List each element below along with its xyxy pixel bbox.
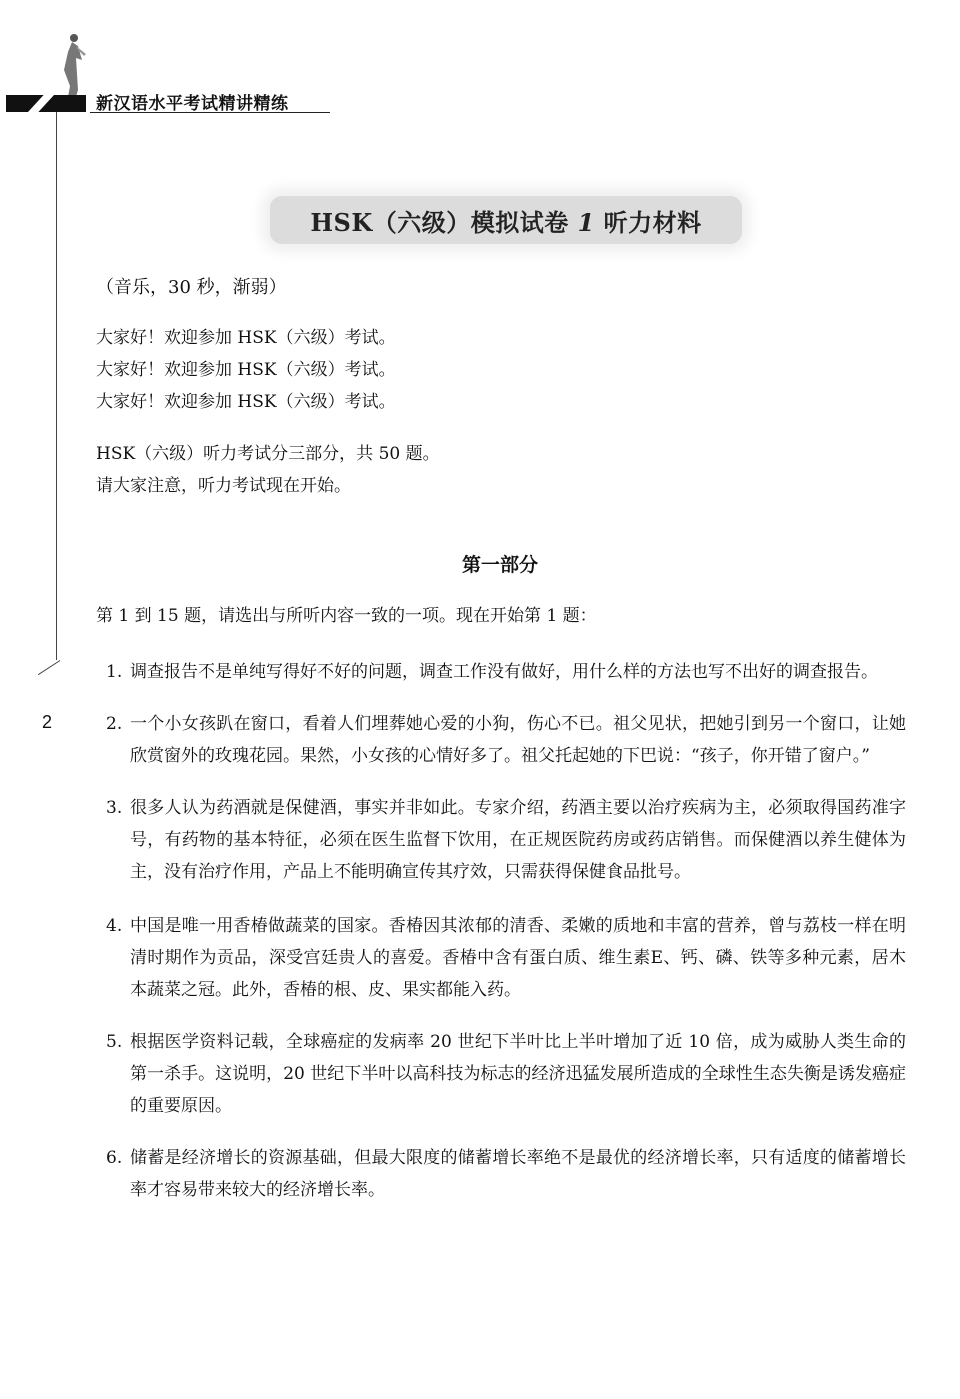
list-item: 3. 很多人认为药酒就是保健酒，事实并非如此。专家介绍，药酒主要以治疗疾病为主，… [106, 792, 906, 888]
running-header: 新汉语水平考试精讲精练 [0, 0, 340, 120]
list-item: 1. 调查报告不是单纯写得好不好的问题，调查工作没有做好，用什么样的方法也写不出… [106, 656, 906, 688]
list-item: 6. 储蓄是经济增长的资源基础，但最大限度的储蓄增长率绝不是最优的经济增长率，只… [106, 1142, 906, 1206]
book-title: 新汉语水平考试精讲精练 [96, 89, 289, 114]
item-number: 6. [106, 1142, 130, 1206]
section-instruction: 第 1 到 15 题，请选出与所听内容一致的一项。现在开始第 1 题： [96, 600, 597, 632]
item-text: 很多人认为药酒就是保健酒，事实并非如此。专家介绍，药酒主要以治疗疾病为主，必须取… [130, 792, 906, 888]
item-text: 中国是唯一用香椿做蔬菜的国家。香椿因其浓郁的清香、柔嫩的质地和丰富的营养，曾与荔… [130, 910, 906, 1006]
item-text: 根据医学资料记载，全球癌症的发病率 20 世纪下半叶比上半叶增加了近 10 倍，… [130, 1026, 906, 1122]
margin-diagonal [38, 660, 60, 675]
title-suffix: 听力材料 [604, 208, 702, 237]
welcome-line: 大家好！欢迎参加 HSK（六级）考试。 [96, 386, 396, 418]
intro-line: 请大家注意，听力考试现在开始。 [96, 470, 440, 502]
item-text: 一个小女孩趴在窗口，看着人们埋葬她心爱的小狗，伤心不已。祖父见状，把她引到另一个… [130, 708, 906, 772]
intro-line: HSK（六级）听力考试分三部分，共 50 题。 [96, 438, 440, 470]
page-title: HSK（六级）模拟试卷 1 听力材料 [310, 203, 701, 238]
item-text: 调查报告不是单纯写得好不好的问题，调查工作没有做好，用什么样的方法也写不出好的调… [130, 656, 906, 688]
intro-block: HSK（六级）听力考试分三部分，共 50 题。 请大家注意，听力考试现在开始。 [96, 438, 440, 502]
item-number: 4. [106, 910, 130, 1006]
title-prefix: HSK（六级）模拟试卷 [310, 208, 568, 237]
title-number: 1 [578, 208, 595, 237]
header-rule [90, 112, 330, 113]
page-number: 2 [42, 712, 52, 733]
margin-line [56, 112, 57, 660]
welcome-block: 大家好！欢迎参加 HSK（六级）考试。 大家好！欢迎参加 HSK（六级）考试。 … [96, 322, 396, 418]
list-item: 4. 中国是唯一用香椿做蔬菜的国家。香椿因其浓郁的清香、柔嫩的质地和丰富的营养，… [106, 910, 906, 1006]
page-title-box: HSK（六级）模拟试卷 1 听力材料 [270, 196, 742, 244]
list-item: 5. 根据医学资料记载，全球癌症的发病率 20 世纪下半叶比上半叶增加了近 10… [106, 1026, 906, 1122]
section-heading: 第一部分 [0, 550, 960, 577]
item-number: 1. [106, 656, 130, 688]
question-list: 1. 调查报告不是单纯写得好不好的问题，调查工作没有做好，用什么样的方法也写不出… [106, 656, 906, 1226]
music-note: （音乐，30 秒，渐弱） [96, 272, 287, 304]
list-item: 2. 一个小女孩趴在窗口，看着人们埋葬她心爱的小狗，伤心不已。祖父见状，把她引到… [106, 708, 906, 772]
welcome-line: 大家好！欢迎参加 HSK（六级）考试。 [96, 354, 396, 386]
item-number: 3. [106, 792, 130, 888]
item-number: 2. [106, 708, 130, 772]
item-number: 5. [106, 1026, 130, 1122]
welcome-line: 大家好！欢迎参加 HSK（六级）考试。 [96, 322, 396, 354]
item-text: 储蓄是经济增长的资源基础，但最大限度的储蓄增长率绝不是最优的经济增长率，只有适度… [130, 1142, 906, 1206]
